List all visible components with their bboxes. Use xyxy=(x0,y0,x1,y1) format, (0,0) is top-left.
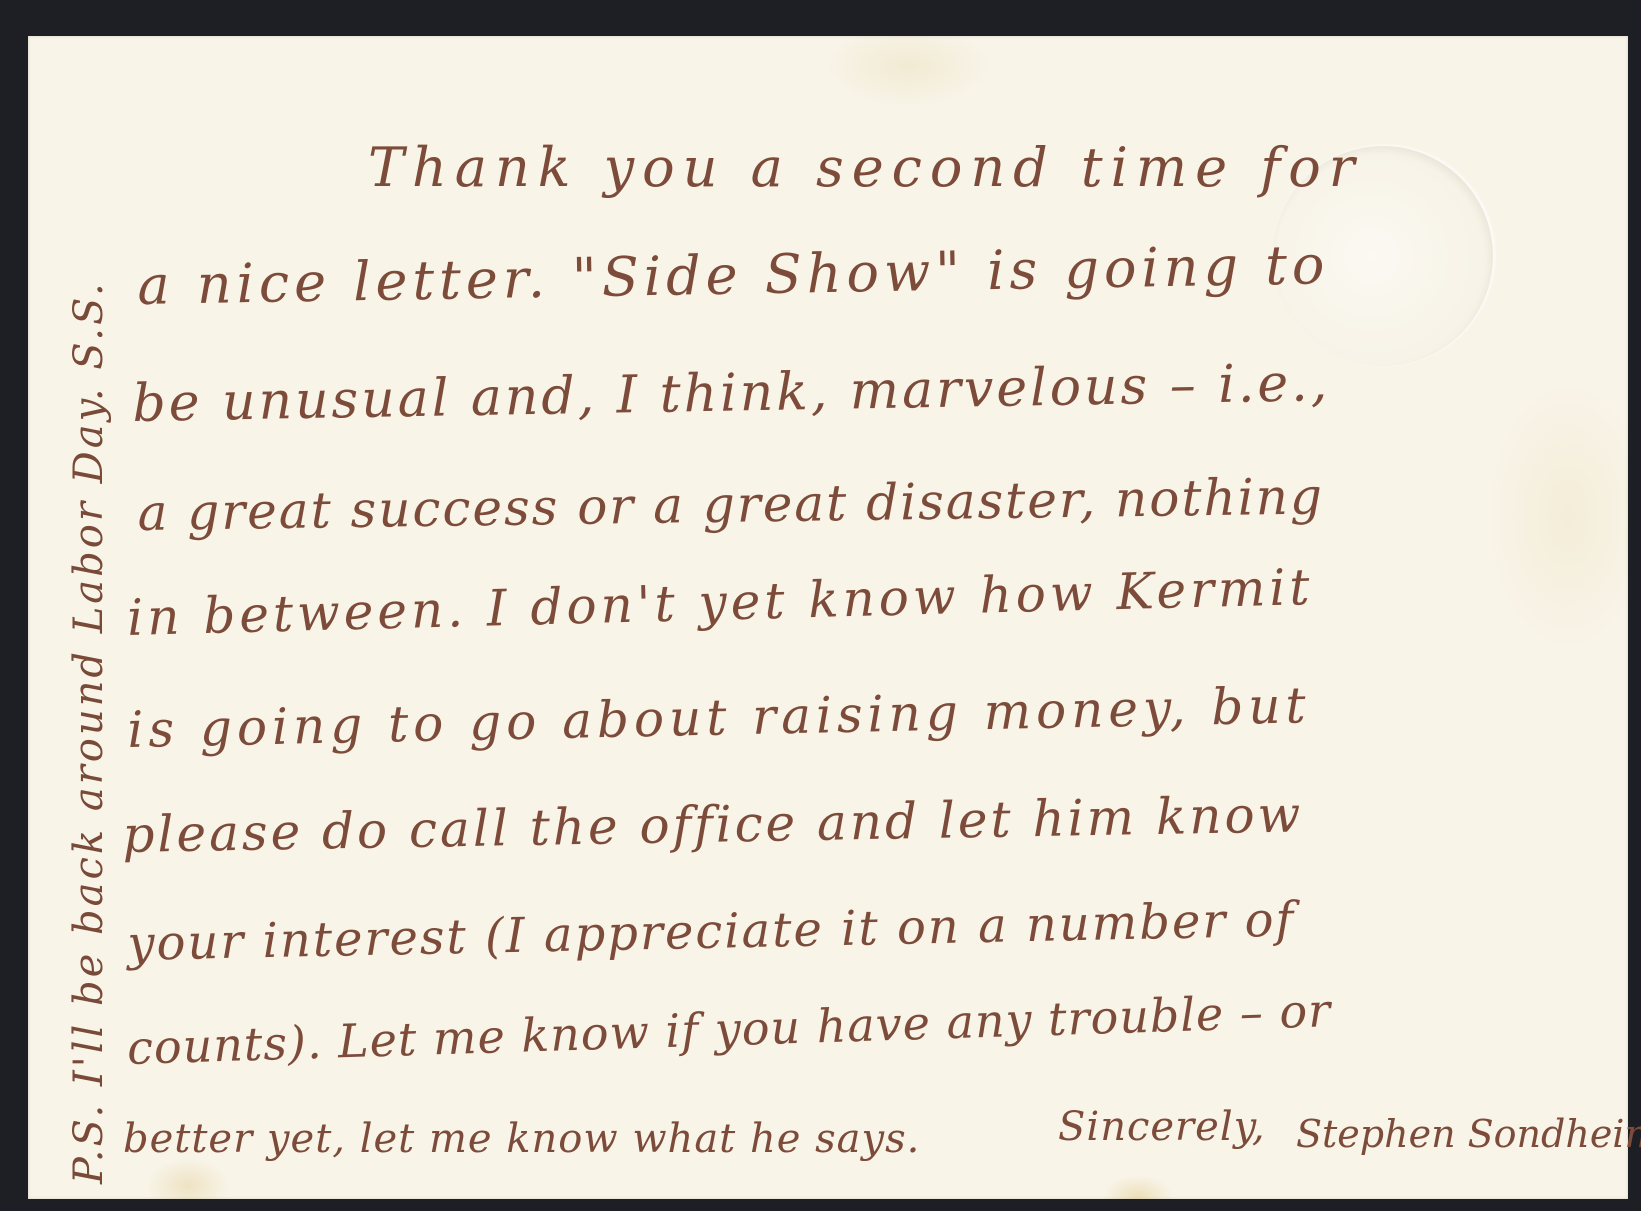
closing: Sincerely, xyxy=(1058,1104,1266,1150)
letter-line-7: please do call the office and let him kn… xyxy=(122,785,1304,864)
letter-line-10: better yet, let me know what he says. xyxy=(123,1116,920,1162)
letter-line-9: counts). Let me know if you have any tro… xyxy=(126,983,1332,1075)
letter-line-6: is going to go about raising money, but xyxy=(127,676,1311,759)
note-card: P.S. I'll be back around Labor Day. S.S.… xyxy=(28,36,1628,1199)
letter-line-5: in between. I don't yet know how Kermit xyxy=(126,558,1314,647)
letter-line-7-text: please do call the office and let him kn… xyxy=(122,785,1304,864)
postscript-margin-note: P.S. I'll be back around Labor Day. S.S. xyxy=(66,280,112,1184)
letter-line-4: a great success or a great disaster, not… xyxy=(137,467,1324,542)
letter-line-1: Thank you a second time for xyxy=(368,136,1363,199)
letter-line-3: be unusual and, I think, marvelous – i.e… xyxy=(132,353,1331,434)
letter-line-8: your interest (I appreciate it on a numb… xyxy=(127,892,1296,972)
signature: Stephen Sondheim xyxy=(1296,1112,1641,1156)
letter-line-2: a nice letter. "Side Show" is going to xyxy=(137,233,1330,317)
